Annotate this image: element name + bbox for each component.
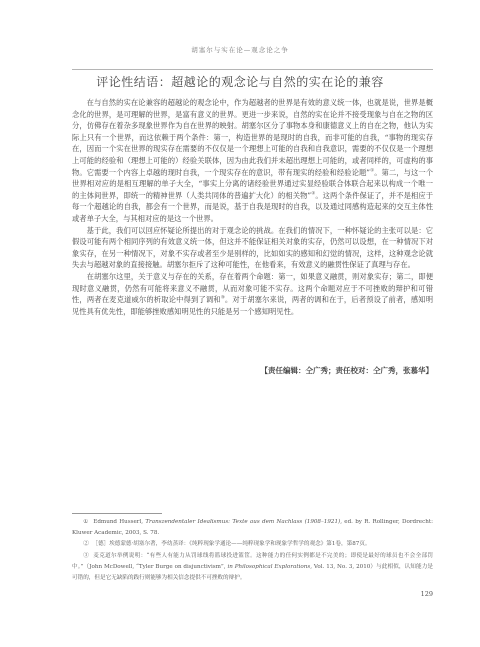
footnote-1: ① Edmund Husserl, Transzendentaler Ideal… xyxy=(72,517,433,539)
header-rule xyxy=(72,69,433,70)
paragraph-text: 基于此，我们可以回应怀疑论所提出的对于观念论的挑战。在我们的情况下，一种怀疑论的… xyxy=(72,226,433,270)
footnote-text: Edmund Husserl, xyxy=(93,519,145,525)
page-number: 129 xyxy=(410,590,433,598)
footnote-title: in Philosophical Explorations xyxy=(227,564,310,570)
paragraph-2: 基于此，我们可以回应怀疑论所提出的对于观念论的挑战。在我们的情况下，一种怀疑论的… xyxy=(72,225,433,271)
footnote-2: ② ［德］埃德蒙德·胡塞尔著，李幼蒸译：《纯粹现象学通论——纯粹现象学和现象学哲… xyxy=(72,539,433,550)
editor-credit: 【责任编辑：仝广秀；责任校对：仝广秀，张慕华】 xyxy=(72,365,433,376)
footnote-rule xyxy=(72,513,162,514)
footnote-marker: ③ xyxy=(83,553,89,559)
footnote-title: Transzendentaler Idealismus: Texte aus d… xyxy=(145,519,340,525)
footnote-3: ③ 麦克道尔举例说明：“有些人有能力从罚球线将篮球投进篮筐。这种能力的任何实例都… xyxy=(72,551,433,585)
running-head: 胡塞尔与实在论—观念论之争 xyxy=(0,45,480,54)
paragraph-text: 在与自然的实在论兼容的超越论的观念论中，作为超越者的世界是有效的意义统一体，也就… xyxy=(72,98,433,177)
footnote-marker: ① xyxy=(83,519,89,525)
body-text: 在与自然的实在论兼容的超越论的观念论中，作为超越者的世界是有效的意义统一体，也就… xyxy=(72,97,433,317)
paragraph-3: 在胡塞尔这里，关于意义与存在的关系，存在着两个命题：第一，如果意义融贯，则对象实… xyxy=(72,271,433,317)
footnotes: ① Edmund Husserl, Transzendentaler Ideal… xyxy=(72,517,433,584)
paragraph-1: 在与自然的实在论兼容的超越论的观念论中，作为超越者的世界是有效的意义统一体，也就… xyxy=(72,97,433,225)
footnote-marker: ② xyxy=(83,541,89,547)
footnote-text: ［德］埃德蒙德·胡塞尔著，李幼蒸译：《纯粹现象学通论——纯粹现象学和现象学哲学的… xyxy=(92,541,370,547)
section-title: 评论性结语：超越论的观念论与自然的实在论的兼容 xyxy=(0,73,480,90)
